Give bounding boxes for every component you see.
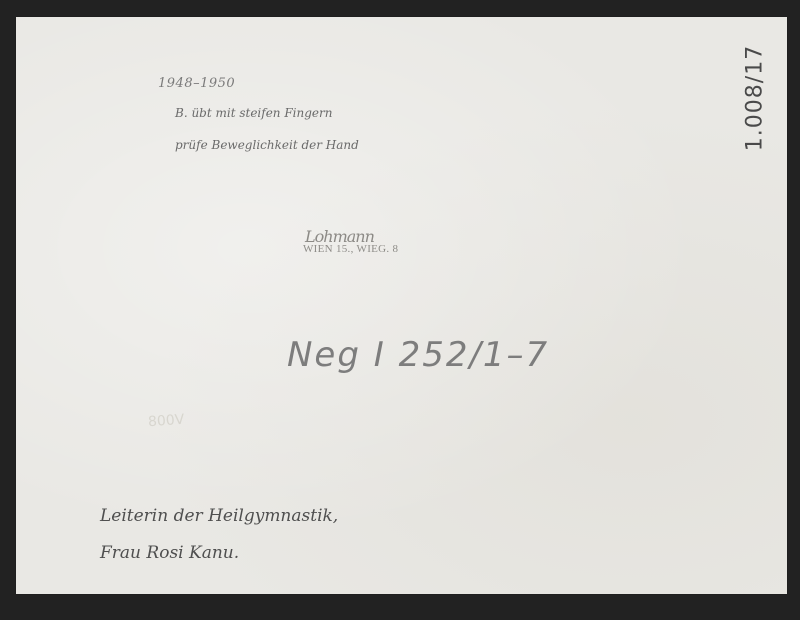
date-range-note: 1948–1950: [158, 76, 235, 91]
caption-note-line-2: prüfe Beweglichkeit der Hand: [175, 138, 359, 152]
negative-number: Neg I 252/1–7: [287, 335, 549, 375]
caption-note-line-1: B. übt mit steifen Fingern: [175, 106, 333, 120]
inventory-number-text: 1.008/17: [743, 45, 768, 151]
subject-caption-line-1: Leiterin der Heilgymnastik,: [100, 506, 338, 526]
faint-bleed-through-mark: 800V: [147, 412, 184, 430]
inventory-number: 1.008/17: [735, 18, 775, 178]
subject-caption-line-2: Frau Rosi Kanu.: [100, 543, 239, 563]
photographer-stamp-address: WIEN 15., WIEG. 8: [303, 243, 398, 255]
